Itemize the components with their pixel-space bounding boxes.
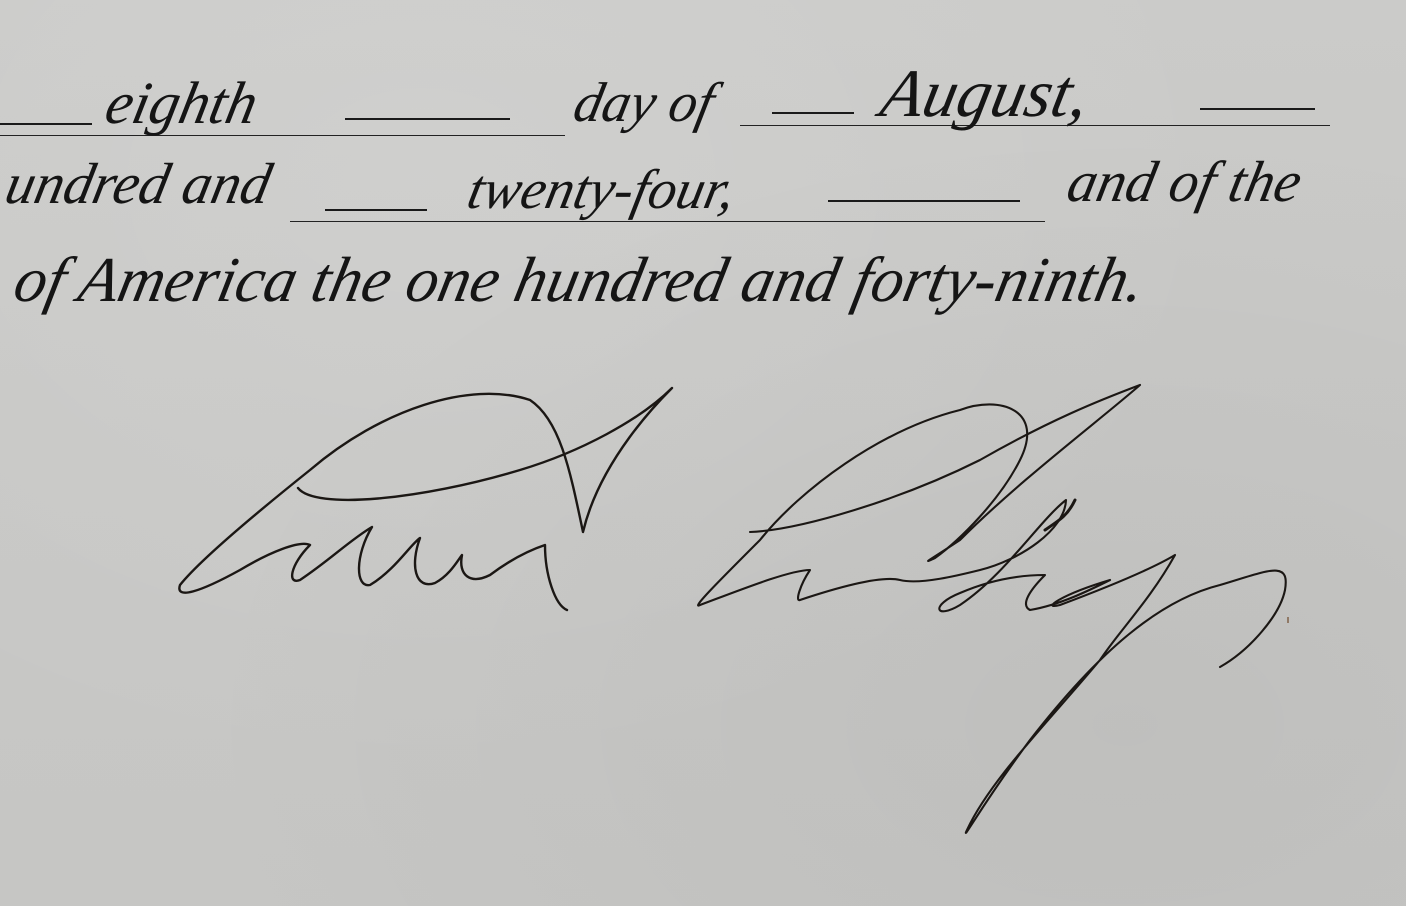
day-of-text: day of bbox=[568, 70, 720, 136]
month-text: August, bbox=[875, 56, 1097, 130]
fill-dash bbox=[828, 200, 1020, 202]
fill-dash bbox=[325, 209, 427, 211]
day-ordinal: eighth bbox=[100, 70, 264, 136]
underline-rule bbox=[0, 135, 565, 136]
independence-year-text: of America the one hundred and forty-nin… bbox=[8, 244, 1152, 316]
fill-dash bbox=[345, 118, 510, 120]
and-of-the-text: and of the bbox=[1062, 150, 1308, 214]
fill-dash bbox=[772, 112, 854, 114]
fill-dash bbox=[0, 123, 92, 125]
year-word-text: twenty-four, bbox=[462, 158, 742, 222]
paper-blemish bbox=[1287, 617, 1289, 623]
fill-dash bbox=[1200, 108, 1315, 110]
hundred-and-text: undred and bbox=[0, 152, 277, 216]
